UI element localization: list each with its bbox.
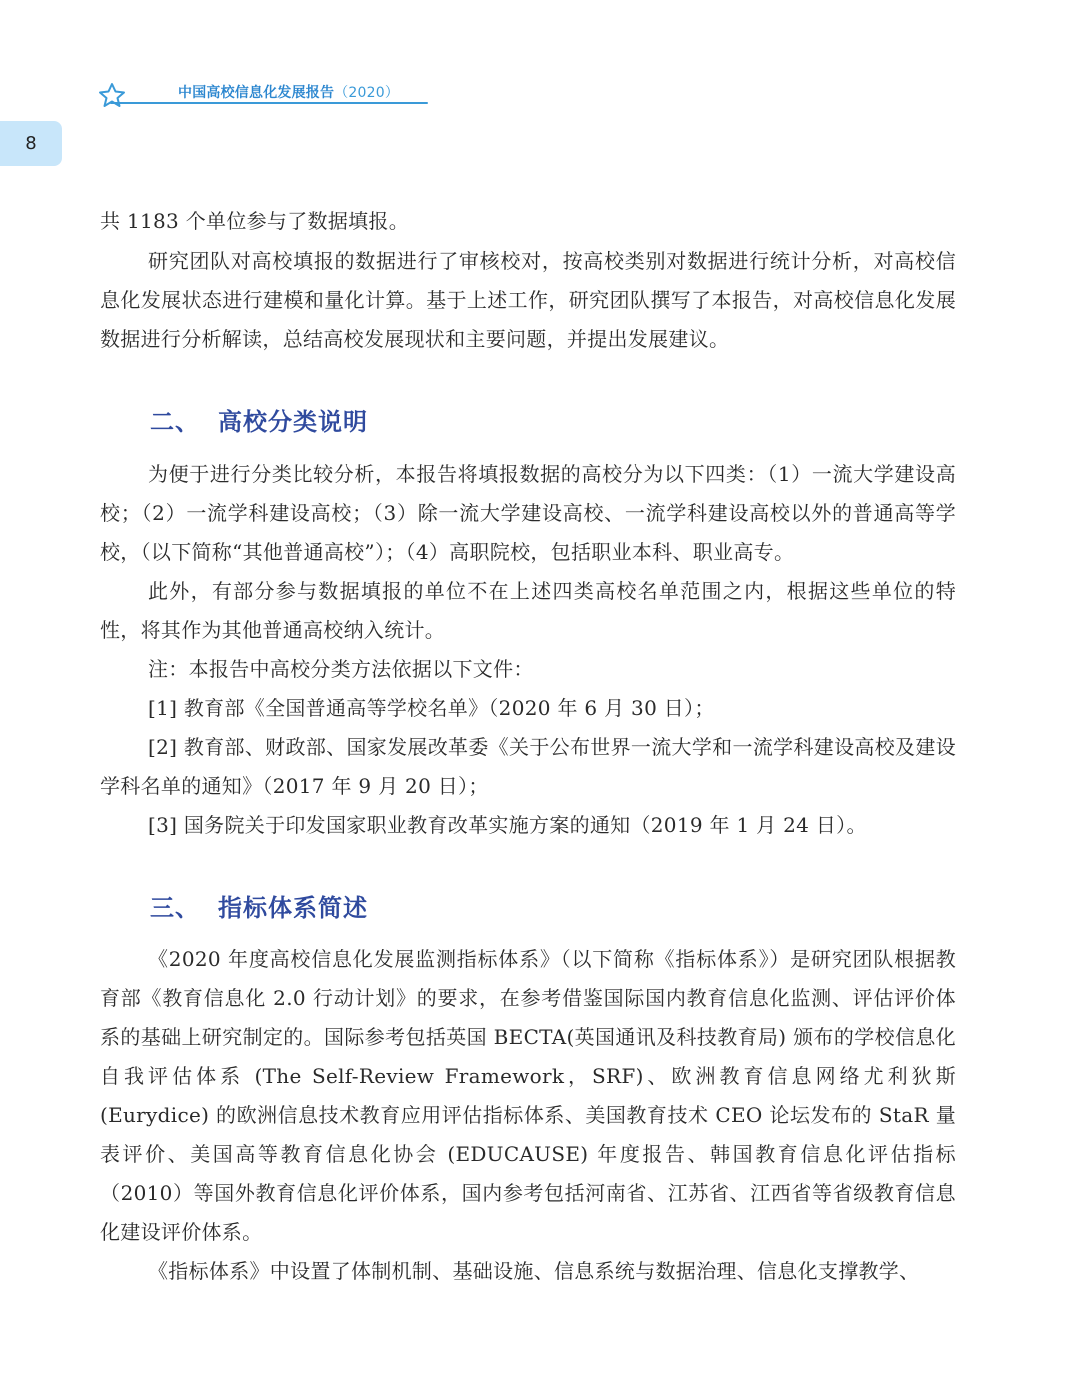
reference-item: [2] 教育部、财政部、国家发展改革委《关于公布世界一流大学和一流学科建设高校及…: [100, 728, 956, 806]
paragraph: 《指标体系》中设置了体制机制、基础设施、信息系统与数据治理、信息化支撑教学、: [100, 1252, 956, 1291]
reference-item: [3] 国务院关于印发国家职业教育改革实施方案的通知（2019 年 1 月 24…: [100, 806, 956, 845]
page-number-tab: 8: [0, 121, 62, 166]
page-number: 8: [25, 133, 36, 154]
section-number: 三、: [150, 894, 200, 922]
paragraph: 此外，有部分参与数据填报的单位不在上述四类高校名单范围之内，根据这些单位的特性，…: [100, 572, 956, 650]
report-title: 中国高校信息化发展报告（2020）: [178, 82, 399, 102]
note-label: 注：本报告中高校分类方法依据以下文件：: [100, 650, 956, 689]
running-header: 中国高校信息化发展报告（2020）: [96, 78, 416, 114]
section-heading: 三、指标体系简述: [150, 888, 368, 923]
paragraph: 为便于进行分类比较分析，本报告将填报数据的高校分为以下四类：（1）一流大学建设高…: [100, 455, 956, 572]
paragraph: 共 1183 个单位参与了数据填报。: [100, 202, 956, 241]
paragraph: 研究团队对高校填报的数据进行了审核校对，按高校类别对数据进行统计分析，对高校信息…: [100, 242, 956, 359]
report-title-text: 中国高校信息化发展报告: [178, 85, 334, 101]
report-year: （2020）: [334, 85, 399, 101]
reference-item: [1] 教育部《全国普通高等学校名单》（2020 年 6 月 30 日）；: [100, 689, 956, 728]
section-heading: 二、高校分类说明: [150, 402, 368, 437]
section-number: 二、: [150, 408, 200, 436]
section-title: 高校分类说明: [218, 408, 368, 436]
section-title: 指标体系简述: [218, 894, 368, 922]
star-outline-icon: [98, 82, 128, 108]
paragraph: 《2020 年度高校信息化发展监测指标体系》（以下简称《指标体系》）是研究团队根…: [100, 940, 956, 1252]
header-rule: [110, 102, 428, 104]
